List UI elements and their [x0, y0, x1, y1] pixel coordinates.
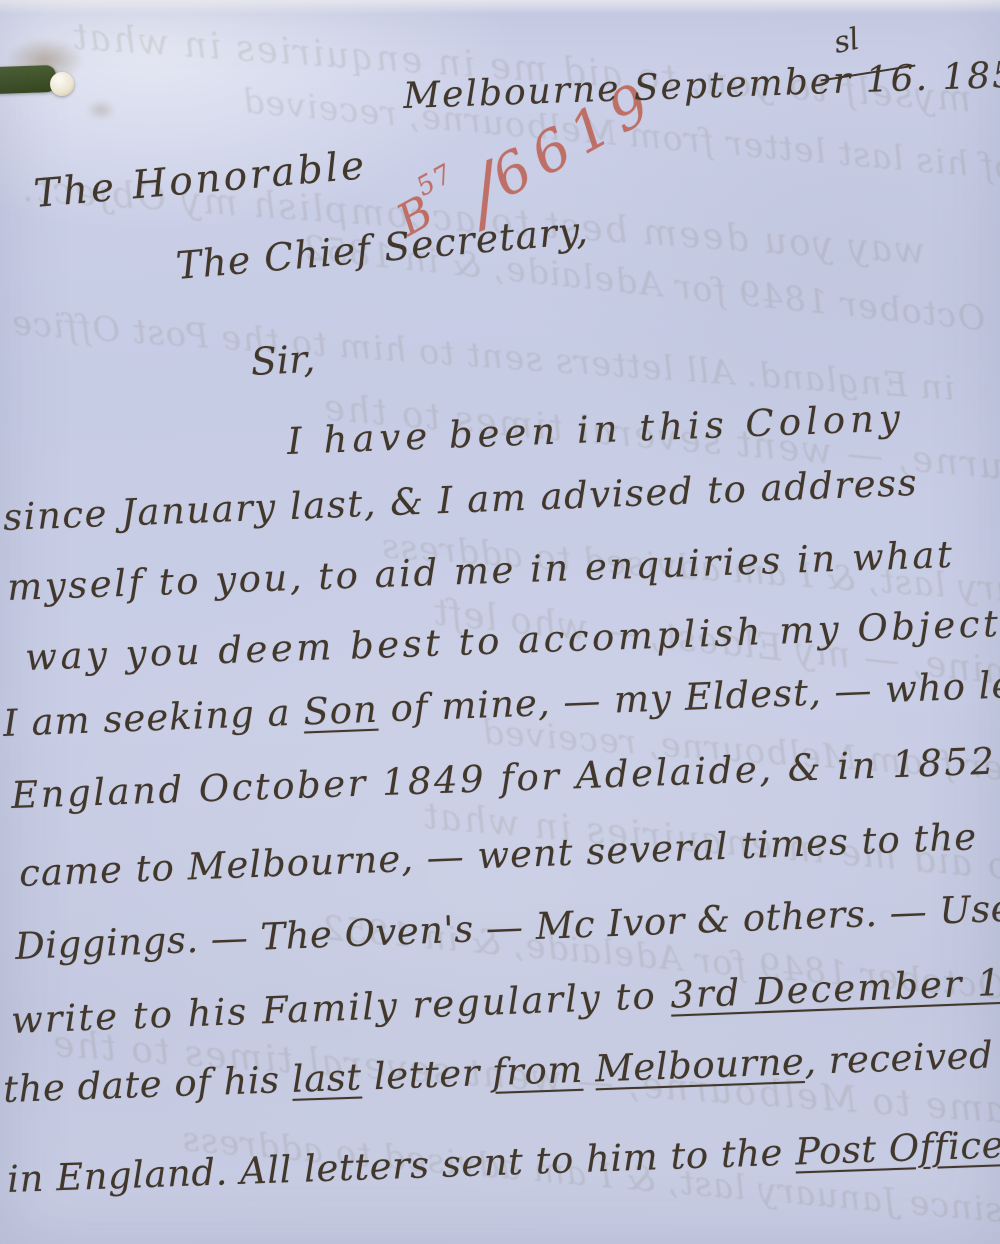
- body-line: in England. All letters sent to him to t…: [6, 1123, 1000, 1201]
- ink-stain: [86, 100, 116, 120]
- body-line: way you deem best to accomplish my Objec…: [24, 601, 1000, 679]
- body-line: myself to you, to aid me in enquiries in…: [6, 533, 955, 609]
- dateline: Melbourne September 16. 1857_: [403, 53, 1000, 117]
- fastener-dot: [50, 72, 74, 96]
- body-line: came to Melbourne, — went several times …: [18, 815, 977, 895]
- body-line: the date of his last letter from Melbour…: [2, 1033, 993, 1111]
- recipient-chief-secretary: The Chief Secretary,: [174, 208, 590, 288]
- bleedthrough-text: in England. All letters sent to him to t…: [10, 303, 956, 409]
- scan-top-edge: [0, 0, 1000, 14]
- body-line: I have been in this Colony: [286, 396, 905, 463]
- body-line: since January last, & I am advised to ad…: [2, 461, 918, 539]
- salutation: Sir,: [250, 337, 316, 384]
- binding-tape: [0, 65, 56, 94]
- body-line: Diggings. — The Oven's — Mc Ivor & other…: [14, 884, 1000, 968]
- body-line: write to his Family regularly to 3rd Dec…: [10, 959, 1000, 1042]
- letter-page: myself to you, to aid me in enquiries in…: [0, 0, 1000, 1244]
- body-line: England October 1849 for Adelaide, & in …: [10, 740, 997, 817]
- clerk-flourish-mark: sl: [831, 22, 863, 61]
- recipient-honorable: The Honorable: [32, 143, 369, 217]
